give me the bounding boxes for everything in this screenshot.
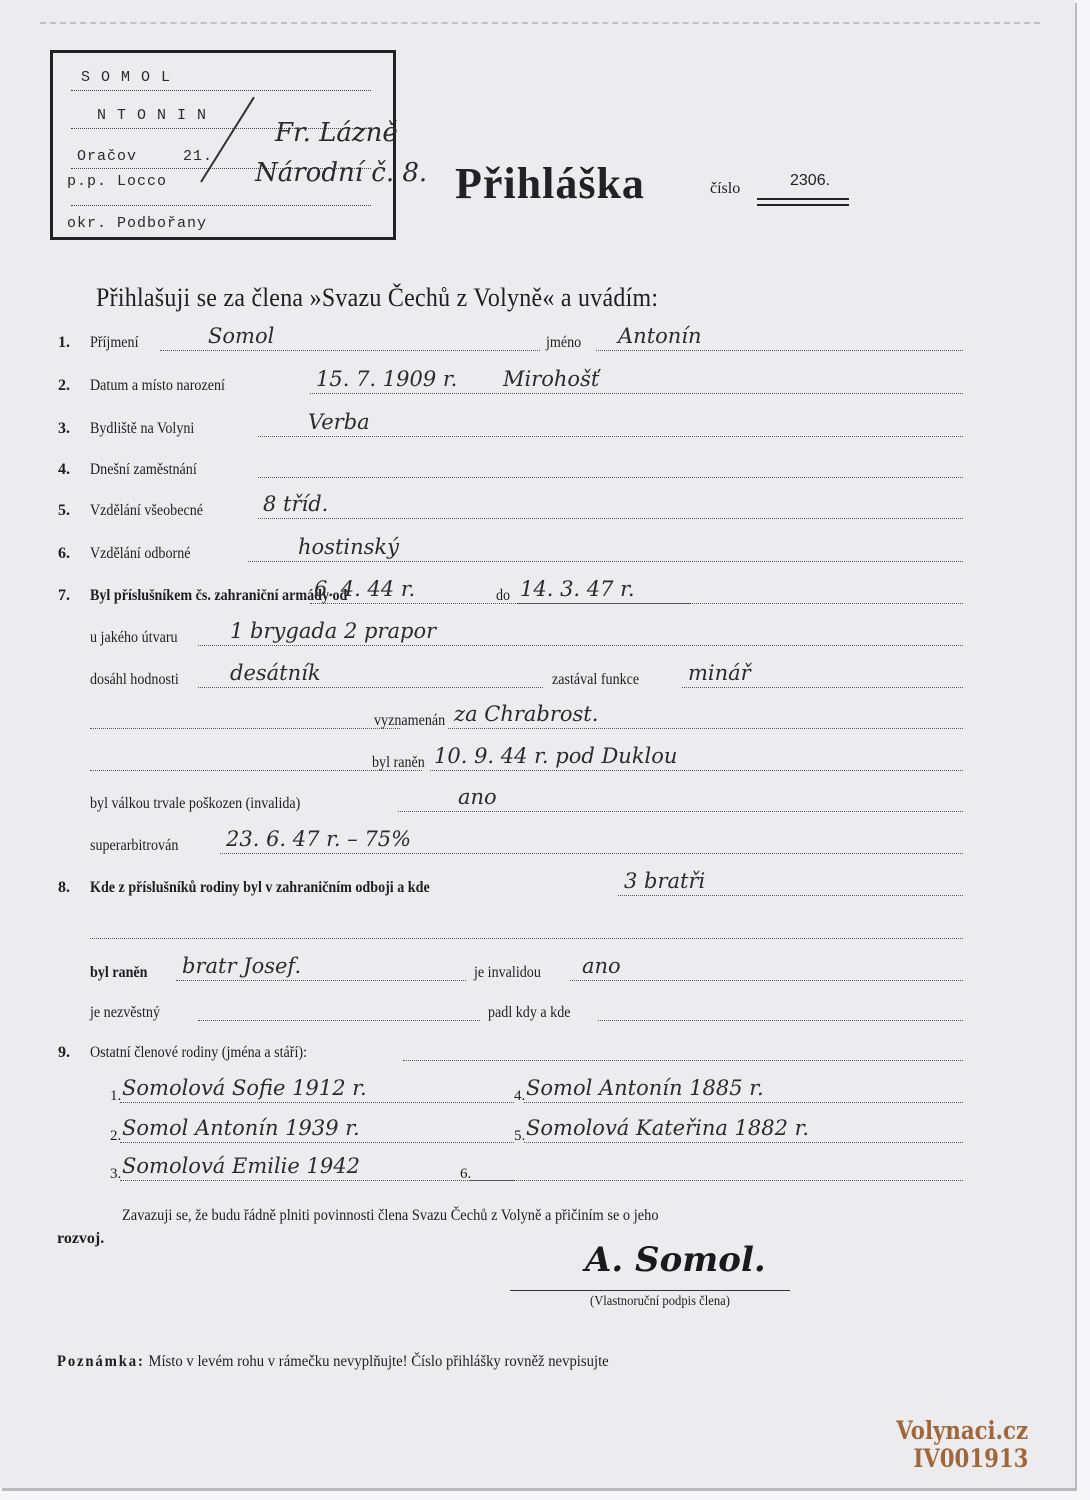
signature-line: [510, 1290, 790, 1291]
field-number: 2.: [58, 377, 80, 395]
dotted-line: [120, 1178, 514, 1181]
dotted-line: [524, 1100, 963, 1103]
invalid-value: ano: [458, 785, 497, 809]
stamp-house-number: 21.: [183, 148, 213, 165]
family-wounded-label: byl raněn: [90, 964, 148, 982]
birth-label: Datum a místo narození: [90, 377, 225, 395]
dotted-line: [160, 348, 540, 351]
field-row-unit: u jakého útvaru 1 brygada 2 prapor: [58, 625, 963, 651]
vocational-education-label: Vzdělání odborné: [90, 545, 190, 563]
dotted-line: [570, 978, 963, 981]
invalid-label: byl válkou trvale poškozen (invalida): [90, 795, 300, 813]
residence-value: Verba: [308, 410, 370, 434]
dotted-line: [430, 768, 963, 771]
dotted-line: [176, 978, 466, 981]
dotted-line: [220, 851, 963, 854]
dotted-line: [682, 685, 963, 688]
army-to-value: 14. 3. 47 r.: [520, 577, 635, 601]
stamp-district: okr. Podbořany: [67, 215, 207, 232]
number-label: číslo: [710, 180, 740, 198]
wounded-label: byl raněn: [372, 754, 425, 772]
dotted-line: [120, 1140, 514, 1143]
family-list-row: 3. Somolová Emilie 1942 6.: [58, 1160, 963, 1186]
field-number: 8.: [58, 879, 80, 897]
field-row-blank: [58, 918, 963, 944]
family-member-5: Somolová Kateřina 1882 r.: [526, 1116, 809, 1140]
footnote-text: Místo v levém rohu v rámečku nevyplňujte…: [148, 1353, 608, 1370]
function-label: zastával funkce: [552, 671, 639, 689]
general-education-label: Vzdělání všeobecné: [90, 502, 203, 520]
dotted-line: [198, 643, 963, 646]
field-number: 1.: [58, 334, 80, 352]
torn-edge: [40, 22, 1040, 30]
vocational-education-value: hostinský: [298, 535, 399, 559]
field-row-family-resistance: 8. Kde z příslušníků rodiny byl v zahran…: [58, 875, 963, 901]
dotted-line: [598, 1018, 963, 1021]
dotted-line: [524, 1140, 963, 1143]
field-number: 7.: [58, 587, 80, 605]
family-resistance-label: Kde z příslušníků rodiny byl v zahraničn…: [90, 879, 430, 897]
field-row-wounded: byl raněn 10. 9. 44 r. pod Duklou: [58, 750, 963, 776]
family-member-4: Somol Antonín 1885 r.: [526, 1076, 764, 1100]
stamp-surname: S O M O L: [81, 69, 171, 86]
family-resistance-value: 3 bratři: [624, 869, 705, 893]
dotted-line: [198, 1018, 480, 1021]
birth-place-value: Mirohošť: [503, 367, 599, 391]
family-list-row: 1. Somolová Sofie 1912 r. 4. Somol Anton…: [58, 1082, 963, 1108]
field-row-residence: 3. Bydliště na Volyni Verba: [58, 416, 963, 442]
dotted-line: [596, 348, 963, 351]
field-row-army-service: 7. Byl příslušníkem čs. zahraniční armád…: [58, 583, 963, 609]
field-number: 9.: [58, 1044, 80, 1062]
dotted-line: [310, 391, 963, 394]
signature-caption: (Vlastnoruční podpis člena): [590, 1294, 730, 1310]
dotted-line: [198, 685, 543, 688]
birth-date-value: 15. 7. 1909 r.: [316, 367, 457, 391]
field-row-family-wounded: byl raněn bratr Josef. je invalidou ano: [58, 960, 963, 986]
footnote: Poznámka: Místo v levém rohu v rámečku n…: [57, 1353, 609, 1371]
dotted-line: [248, 559, 963, 562]
number-underline: [757, 198, 849, 206]
residence-label: Bydliště na Volyni: [90, 420, 194, 438]
army-from-value: 6. 4. 44 r.: [314, 577, 415, 601]
stamp-village: Oračov: [77, 148, 137, 165]
rank-value: desátník: [230, 661, 321, 685]
surname-value: Somol: [208, 324, 274, 348]
family-member-2: Somol Antonín 1939 r.: [122, 1116, 360, 1140]
dotted-line: [518, 601, 963, 604]
form-number: 2306.: [790, 172, 830, 190]
field-number: 6.: [58, 545, 80, 563]
firstname-value: Antonín: [618, 324, 702, 348]
decoration-label: vyznamenán: [374, 712, 445, 730]
family-member-1: Somolová Sofie 1912 r.: [122, 1076, 367, 1100]
field-row-invalid: byl válkou trvale poškozen (invalida) an…: [58, 791, 963, 817]
dotted-line: [618, 893, 963, 896]
army-to-label: do: [496, 587, 510, 605]
family-invalid-label: je invalidou: [474, 964, 541, 982]
form-title: Přihláška: [455, 158, 645, 209]
dotted-line: [120, 1100, 514, 1103]
dotted-line: [398, 809, 963, 812]
unit-label: u jakého útvaru: [90, 629, 178, 647]
army-service-label: Byl příslušníkem čs. zahraniční armády o…: [90, 587, 347, 605]
footnote-label: Poznámka:: [57, 1353, 145, 1370]
rank-label: dosáhl hodnosti: [90, 671, 179, 689]
superarbitration-label: superarbitrován: [90, 837, 178, 855]
watermark-id: IV001913: [913, 1444, 1028, 1473]
family-members-label: Ostatní členové rodiny (jména a stáří):: [90, 1044, 307, 1062]
dotted-line: [258, 516, 963, 519]
family-list-row: 2. Somol Antonín 1939 r. 5. Somolová Kat…: [58, 1122, 963, 1148]
oath-text: Zavazuji se, že budu řádně plniti povinn…: [122, 1207, 659, 1225]
field-number: 3.: [58, 420, 80, 438]
signature: A. Somol.: [585, 1240, 766, 1280]
watermark-site: Volynaci.cz: [896, 1416, 1028, 1445]
dotted-line: [258, 475, 963, 478]
family-member-3: Somolová Emilie 1942: [122, 1154, 360, 1178]
field-row-vocational-education: 6. Vzdělání odborné hostinský: [58, 541, 963, 567]
family-invalid-value: ano: [582, 954, 621, 978]
dotted-line: [403, 1058, 963, 1061]
fallen-label: padl kdy a kde: [488, 1004, 571, 1022]
dotted-line: [90, 726, 400, 729]
dotted-line: [448, 726, 963, 729]
field-row-rank: dosáhl hodnosti desátník zastával funkce…: [58, 667, 963, 693]
wounded-value: 10. 9. 44 r. pod Duklou: [434, 744, 677, 768]
decoration-value: za Chrabrost.: [454, 702, 598, 726]
field-row-surname: 1. Příjmení Somol jméno Antonín: [58, 330, 963, 356]
occupation-label: Dnešní zaměstnání: [90, 461, 197, 479]
dotted-line: [470, 1178, 963, 1181]
oath-text-continued: rozvoj.: [57, 1230, 104, 1248]
unit-value: 1 brygada 2 prapor: [230, 619, 436, 643]
stamp-firstname: N T O N I N: [97, 107, 207, 124]
intro-statement: Přihlašuji se za člena »Svazu Čechů z Vo…: [96, 283, 658, 313]
field-row-missing: je nezvěstný padl kdy a kde: [58, 1000, 963, 1026]
dotted-line: [258, 434, 963, 437]
field-row-occupation: 4. Dnešní zaměstnání: [58, 457, 963, 483]
firstname-label: jméno: [546, 334, 581, 352]
handwritten-address-1: Fr. Lázně: [275, 118, 398, 148]
family-wounded-value: bratr Josef.: [182, 954, 301, 978]
document-page: S O M O L N T O N I N Oračov 21. p.p. Lo…: [0, 0, 1075, 1488]
dotted-line: [90, 936, 963, 939]
field-row-birth: 2. Datum a místo narození 15. 7. 1909 r.…: [58, 373, 963, 399]
field-row-superarbitration: superarbitrován 23. 6. 47 r. – 75%: [58, 833, 963, 859]
superarbitration-value: 23. 6. 47 r. – 75%: [226, 827, 411, 851]
function-value: minář: [688, 661, 751, 685]
surname-label: Příjmení: [90, 334, 138, 352]
field-row-general-education: 5. Vzdělání všeobecné 8 tříd.: [58, 498, 963, 524]
field-number: 5.: [58, 502, 80, 520]
field-row-decoration: vyznamenán za Chrabrost.: [58, 708, 963, 734]
handwritten-address-2: Národní č. 8.: [255, 158, 427, 188]
general-education-value: 8 tříd.: [263, 492, 328, 516]
field-row-family-members: 9. Ostatní členové rodiny (jména a stáří…: [58, 1040, 963, 1066]
missing-label: je nezvěstný: [90, 1004, 160, 1022]
field-number: 4.: [58, 461, 80, 479]
